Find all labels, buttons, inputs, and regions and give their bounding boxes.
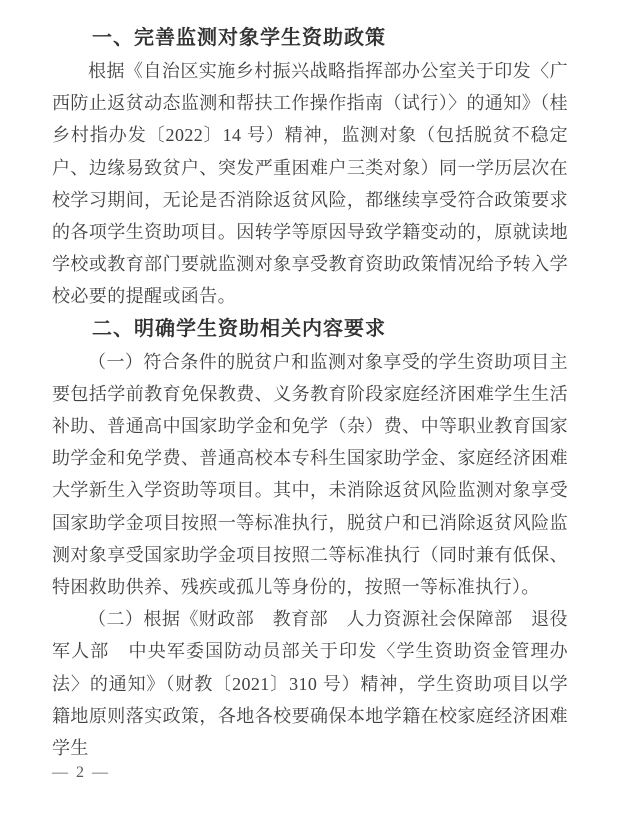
paragraph-section2-2: （二）根据《财政部 教育部 人力资源社会保障部 退役军人部 中央军委国防动员部关… — [52, 603, 568, 764]
page-number: — 2 — — [52, 764, 110, 782]
paragraph-section2-1: （一）符合条件的脱贫户和监测对象享受的学生资助项目主要包括学前教育免保教费、义务… — [52, 346, 568, 604]
paragraph-section1-1: 根据《自治区实施乡村振兴战略指挥部办公室关于印发〈广西防止返贫动态监测和帮扶工作… — [52, 55, 568, 313]
document-page: 一、完善监测对象学生资助政策 根据《自治区实施乡村振兴战略指挥部办公室关于印发〈… — [0, 0, 620, 824]
section-heading-1: 一、完善监测对象学生资助政策 — [52, 22, 568, 55]
section-heading-2: 二、明确学生资助相关内容要求 — [52, 313, 568, 346]
